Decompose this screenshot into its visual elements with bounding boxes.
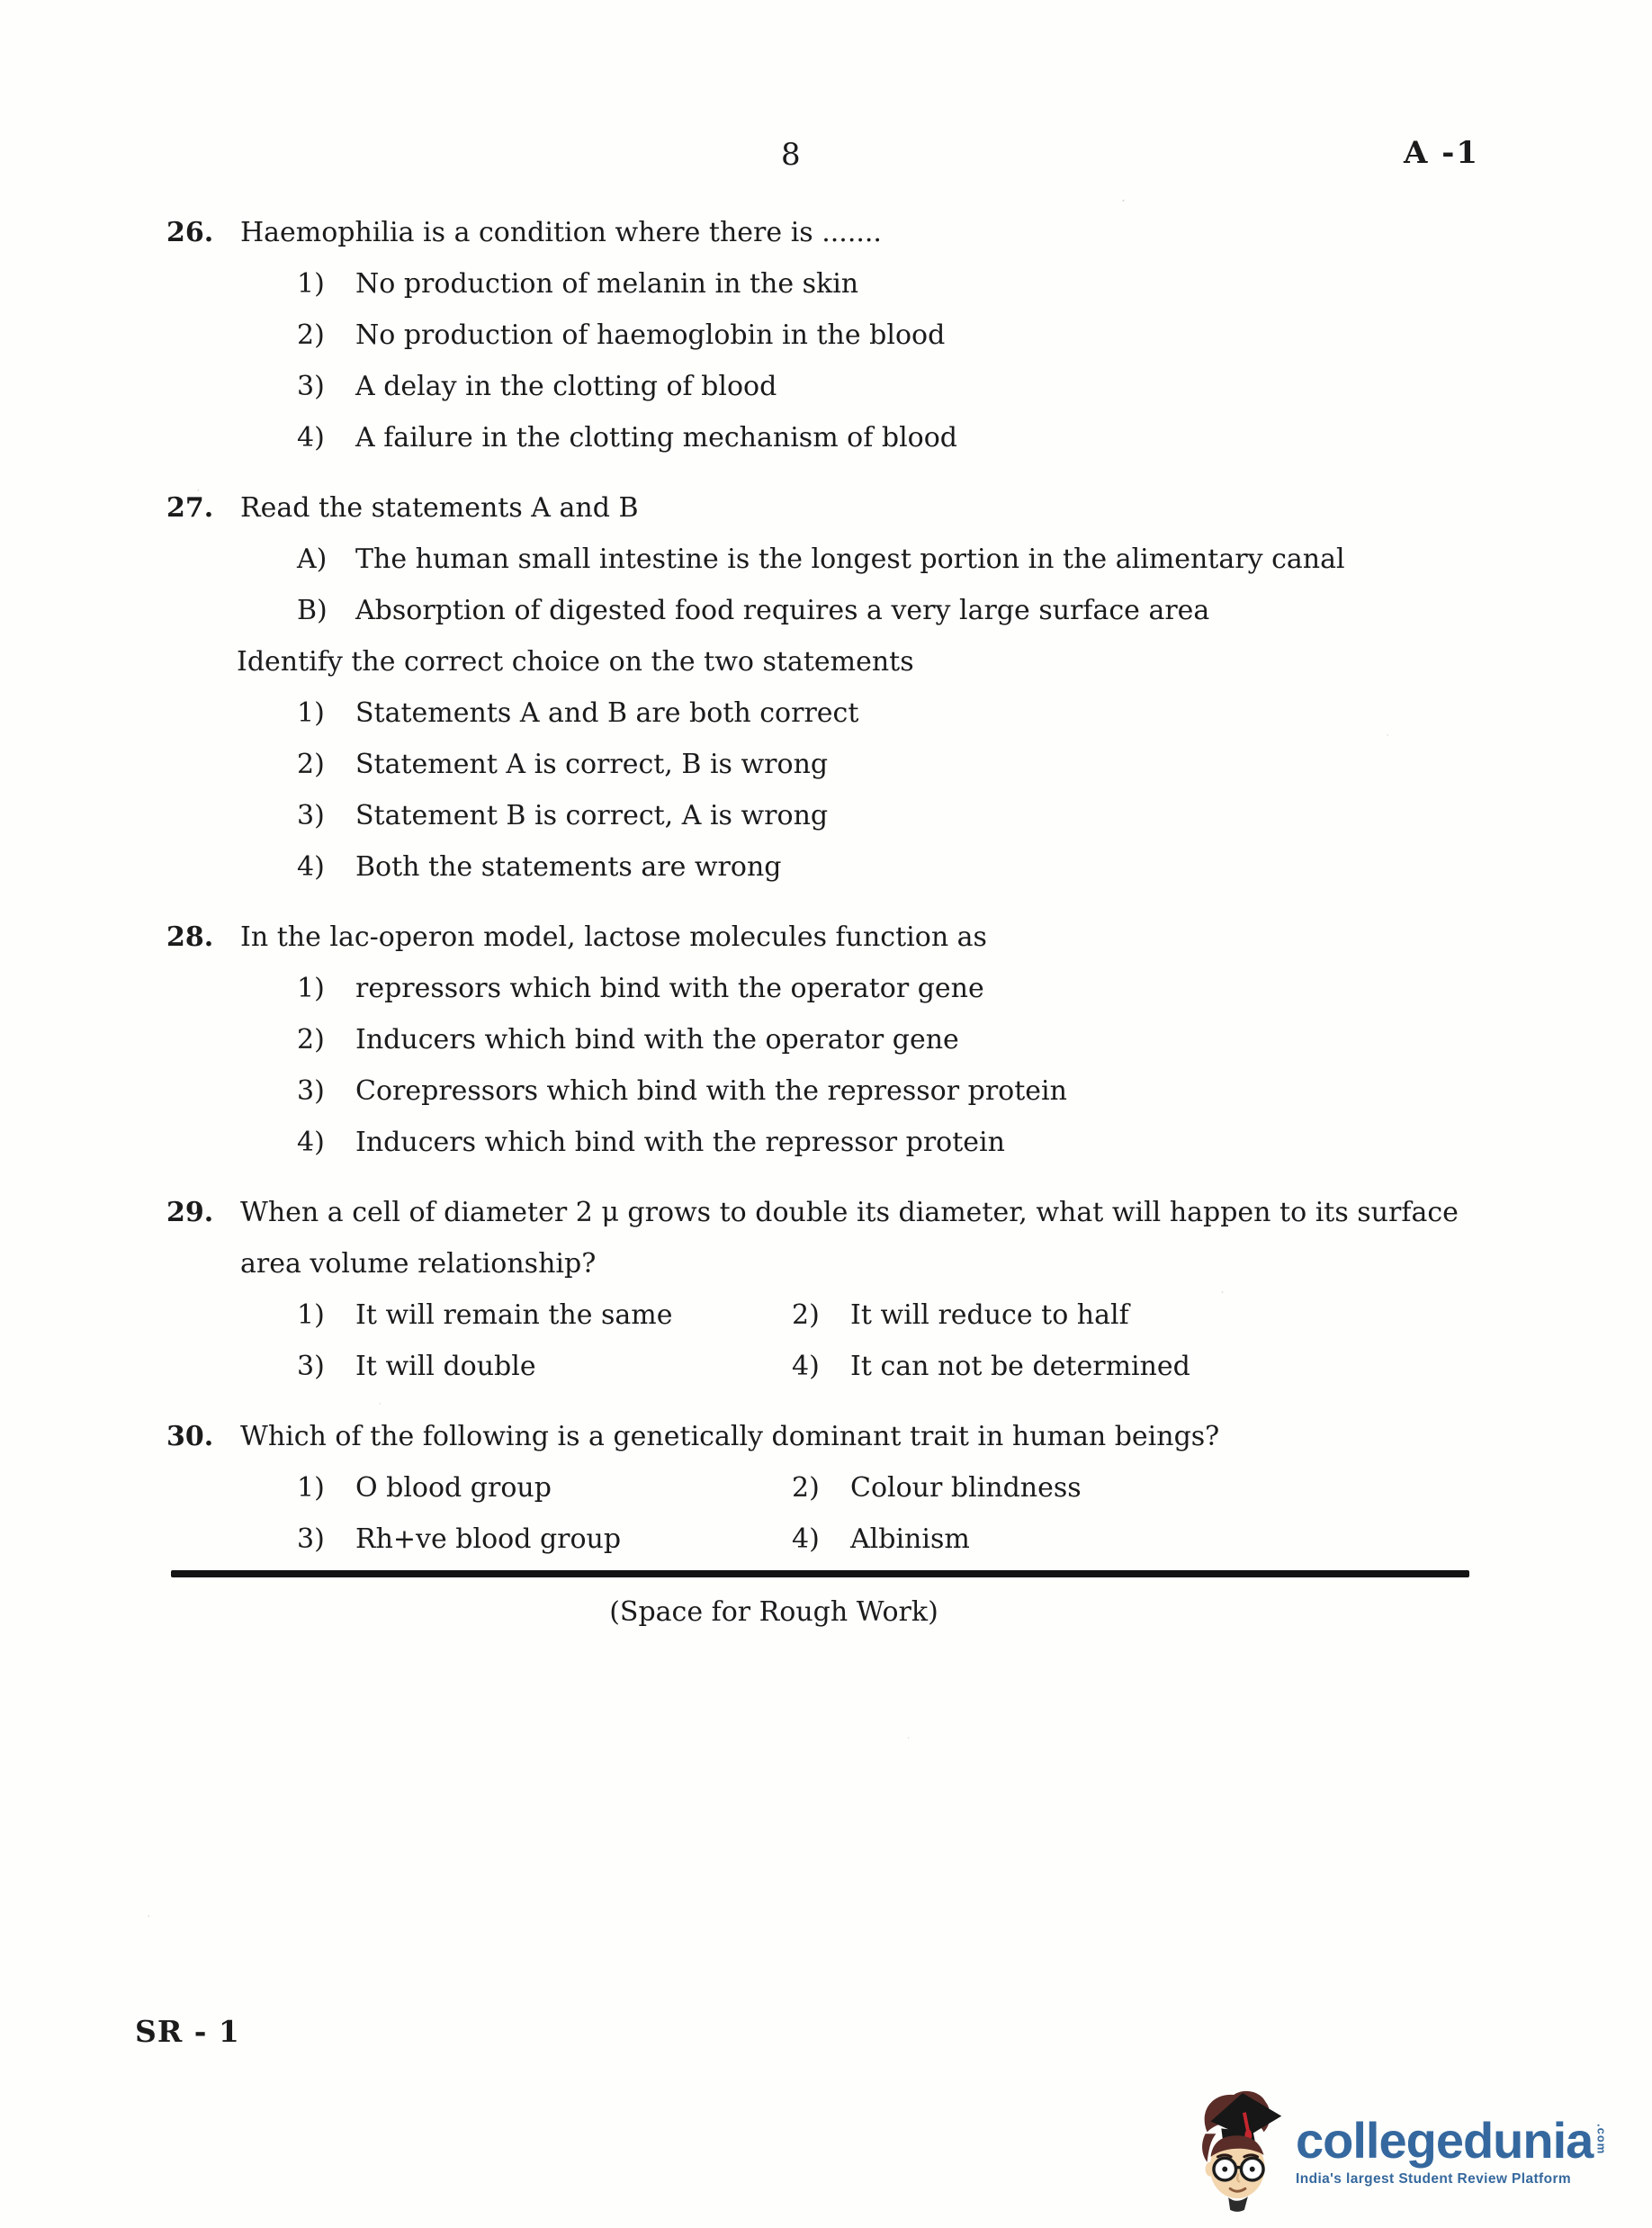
option-row: 4) It can not be determined: [792, 1341, 1503, 1392]
option-row: 3) A delay in the clotting of blood: [297, 361, 1503, 412]
statement-row: B) Absorption of digested food requires …: [297, 585, 1503, 636]
option-text: Statement A is correct, B is wrong: [355, 739, 1503, 790]
statement-row: A) The human small intestine is the long…: [297, 534, 1503, 585]
option-text: Colour blindness: [850, 1462, 1503, 1514]
options-two-column: 1) O blood group 2) Colour blindness 3) …: [297, 1462, 1503, 1565]
statement-label: A): [297, 534, 355, 585]
option-row: 1) No production of melanin in the skin: [297, 258, 1503, 310]
option-text: Corepressors which bind with the repress…: [355, 1065, 1503, 1117]
option-text: Statement B is correct, A is wrong: [355, 790, 1503, 841]
collegedunia-tagline: India's largest Student Review Platform: [1296, 2171, 1608, 2188]
exam-paper-page: 8 A -1 26. Haemophilia is a condition wh…: [0, 0, 1652, 2228]
collegedunia-brand: collegedunia: [1296, 2116, 1593, 2164]
option-row: 1) repressors which bind with the operat…: [297, 963, 1503, 1014]
option-text: It can not be determined: [850, 1341, 1503, 1392]
booklet-code: SR - 1: [135, 2014, 240, 2049]
option-label: 1): [297, 1289, 355, 1341]
statement-text: Absorption of digested food requires a v…: [355, 585, 1503, 636]
question-number: 26.: [166, 207, 240, 258]
option-text: No production of melanin in the skin: [355, 258, 1503, 310]
option-text: A delay in the clotting of blood: [355, 361, 1503, 412]
question-head: 30. Which of the following is a genetica…: [166, 1411, 1503, 1462]
option-text: No production of haemoglobin in the bloo…: [355, 310, 1503, 361]
question-29: 29. When a cell of diameter 2 μ grows to…: [166, 1187, 1503, 1392]
question-head: 26. Haemophilia is a condition where the…: [166, 207, 1503, 258]
question-head: 27. Read the statements A and B: [166, 482, 1503, 534]
option-text: It will remain the same: [355, 1289, 792, 1341]
question-28: 28. In the lac-operon model, lactose mol…: [166, 912, 1503, 1168]
option-text: It will reduce to half: [850, 1289, 1503, 1341]
question-text: Which of the following is a genetically …: [240, 1411, 1503, 1462]
collegedunia-mascot: [1186, 2080, 1292, 2217]
question-27: 27. Read the statements A and B A) The h…: [166, 482, 1503, 893]
option-row: 2) Statement A is correct, B is wrong: [297, 739, 1503, 790]
question-number: 27.: [166, 482, 240, 534]
option-text: Rh+ve blood group: [355, 1514, 792, 1565]
option-label: 3): [297, 1065, 355, 1117]
rough-work-divider: [171, 1570, 1469, 1577]
option-row: 1) Statements A and B are both correct: [297, 687, 1503, 739]
questions-list: 26. Haemophilia is a condition where the…: [166, 207, 1503, 1565]
question-text: In the lac-operon model, lactose molecul…: [240, 912, 1503, 963]
page-number: 8: [781, 137, 801, 173]
collegedunia-logo: collegedunia .com India's largest Studen…: [1186, 2080, 1608, 2217]
option-row: 2) Inducers which bind with the operator…: [297, 1014, 1503, 1065]
rough-work-label: (Space for Rough Work): [171, 1586, 1377, 1638]
option-label: 3): [297, 790, 355, 841]
option-label: 3): [297, 1514, 355, 1565]
option-label: 1): [297, 687, 355, 739]
question-text: When a cell of diameter 2 μ grows to dou…: [240, 1187, 1503, 1289]
option-label: 4): [297, 412, 355, 463]
option-row: 3) Corepressors which bind with the repr…: [297, 1065, 1503, 1117]
option-text: repressors which bind with the operator …: [355, 963, 1503, 1014]
question-number: 29.: [166, 1187, 240, 1289]
option-text: A failure in the clotting mechanism of b…: [355, 412, 1503, 463]
option-text: Inducers which bind with the repressor p…: [355, 1117, 1503, 1168]
option-label: 4): [792, 1514, 850, 1565]
version-code: A -1: [1404, 135, 1479, 171]
option-row: 4) Inducers which bind with the represso…: [297, 1117, 1503, 1168]
collegedunia-domain: .com: [1594, 2124, 1608, 2154]
option-row: 4) A failure in the clotting mechanism o…: [297, 412, 1503, 463]
option-text: Inducers which bind with the operator ge…: [355, 1014, 1503, 1065]
option-row: 2) Colour blindness: [792, 1462, 1503, 1514]
option-row: 3) Statement B is correct, A is wrong: [297, 790, 1503, 841]
question-head: 28. In the lac-operon model, lactose mol…: [166, 912, 1503, 963]
option-label: 3): [297, 1341, 355, 1392]
statement-text: The human small intestine is the longest…: [355, 534, 1503, 585]
option-row: 4) Albinism: [792, 1514, 1503, 1565]
option-label: 2): [297, 310, 355, 361]
question-26: 26. Haemophilia is a condition where the…: [166, 207, 1503, 463]
options-two-column: 1) It will remain the same 2) It will re…: [297, 1289, 1503, 1392]
question-text: Haemophilia is a condition where there i…: [240, 207, 1503, 258]
option-text: Statements A and B are both correct: [355, 687, 1503, 739]
question-30: 30. Which of the following is a genetica…: [166, 1411, 1503, 1565]
option-text: Albinism: [850, 1514, 1503, 1565]
option-label: 4): [297, 841, 355, 893]
option-label: 1): [297, 963, 355, 1014]
logo-text-block: collegedunia .com India's largest Studen…: [1296, 2116, 1608, 2188]
option-text: It will double: [355, 1341, 792, 1392]
question-text: Read the statements A and B: [240, 482, 1503, 534]
option-row: 3) Rh+ve blood group: [297, 1514, 792, 1565]
question-number: 30.: [166, 1411, 240, 1462]
option-label: 1): [297, 258, 355, 310]
option-label: 4): [792, 1341, 850, 1392]
option-row: 1) It will remain the same: [297, 1289, 792, 1341]
option-label: 4): [297, 1117, 355, 1168]
question-number: 28.: [166, 912, 240, 963]
option-row: 1) O blood group: [297, 1462, 792, 1514]
option-row: 3) It will double: [297, 1341, 792, 1392]
option-text: Both the statements are wrong: [355, 841, 1503, 893]
option-row: 2) No production of haemoglobin in the b…: [297, 310, 1503, 361]
option-label: 3): [297, 361, 355, 412]
statement-label: B): [297, 585, 355, 636]
option-row: 2) It will reduce to half: [792, 1289, 1503, 1341]
option-label: 1): [297, 1462, 355, 1514]
question-head: 29. When a cell of diameter 2 μ grows to…: [166, 1187, 1503, 1289]
option-label: 2): [297, 1014, 355, 1065]
option-label: 2): [792, 1462, 850, 1514]
option-label: 2): [792, 1289, 850, 1341]
option-label: 2): [297, 739, 355, 790]
option-row: 4) Both the statements are wrong: [297, 841, 1503, 893]
option-text: O blood group: [355, 1462, 792, 1514]
question-subtext: Identify the correct choice on the two s…: [166, 636, 1503, 687]
